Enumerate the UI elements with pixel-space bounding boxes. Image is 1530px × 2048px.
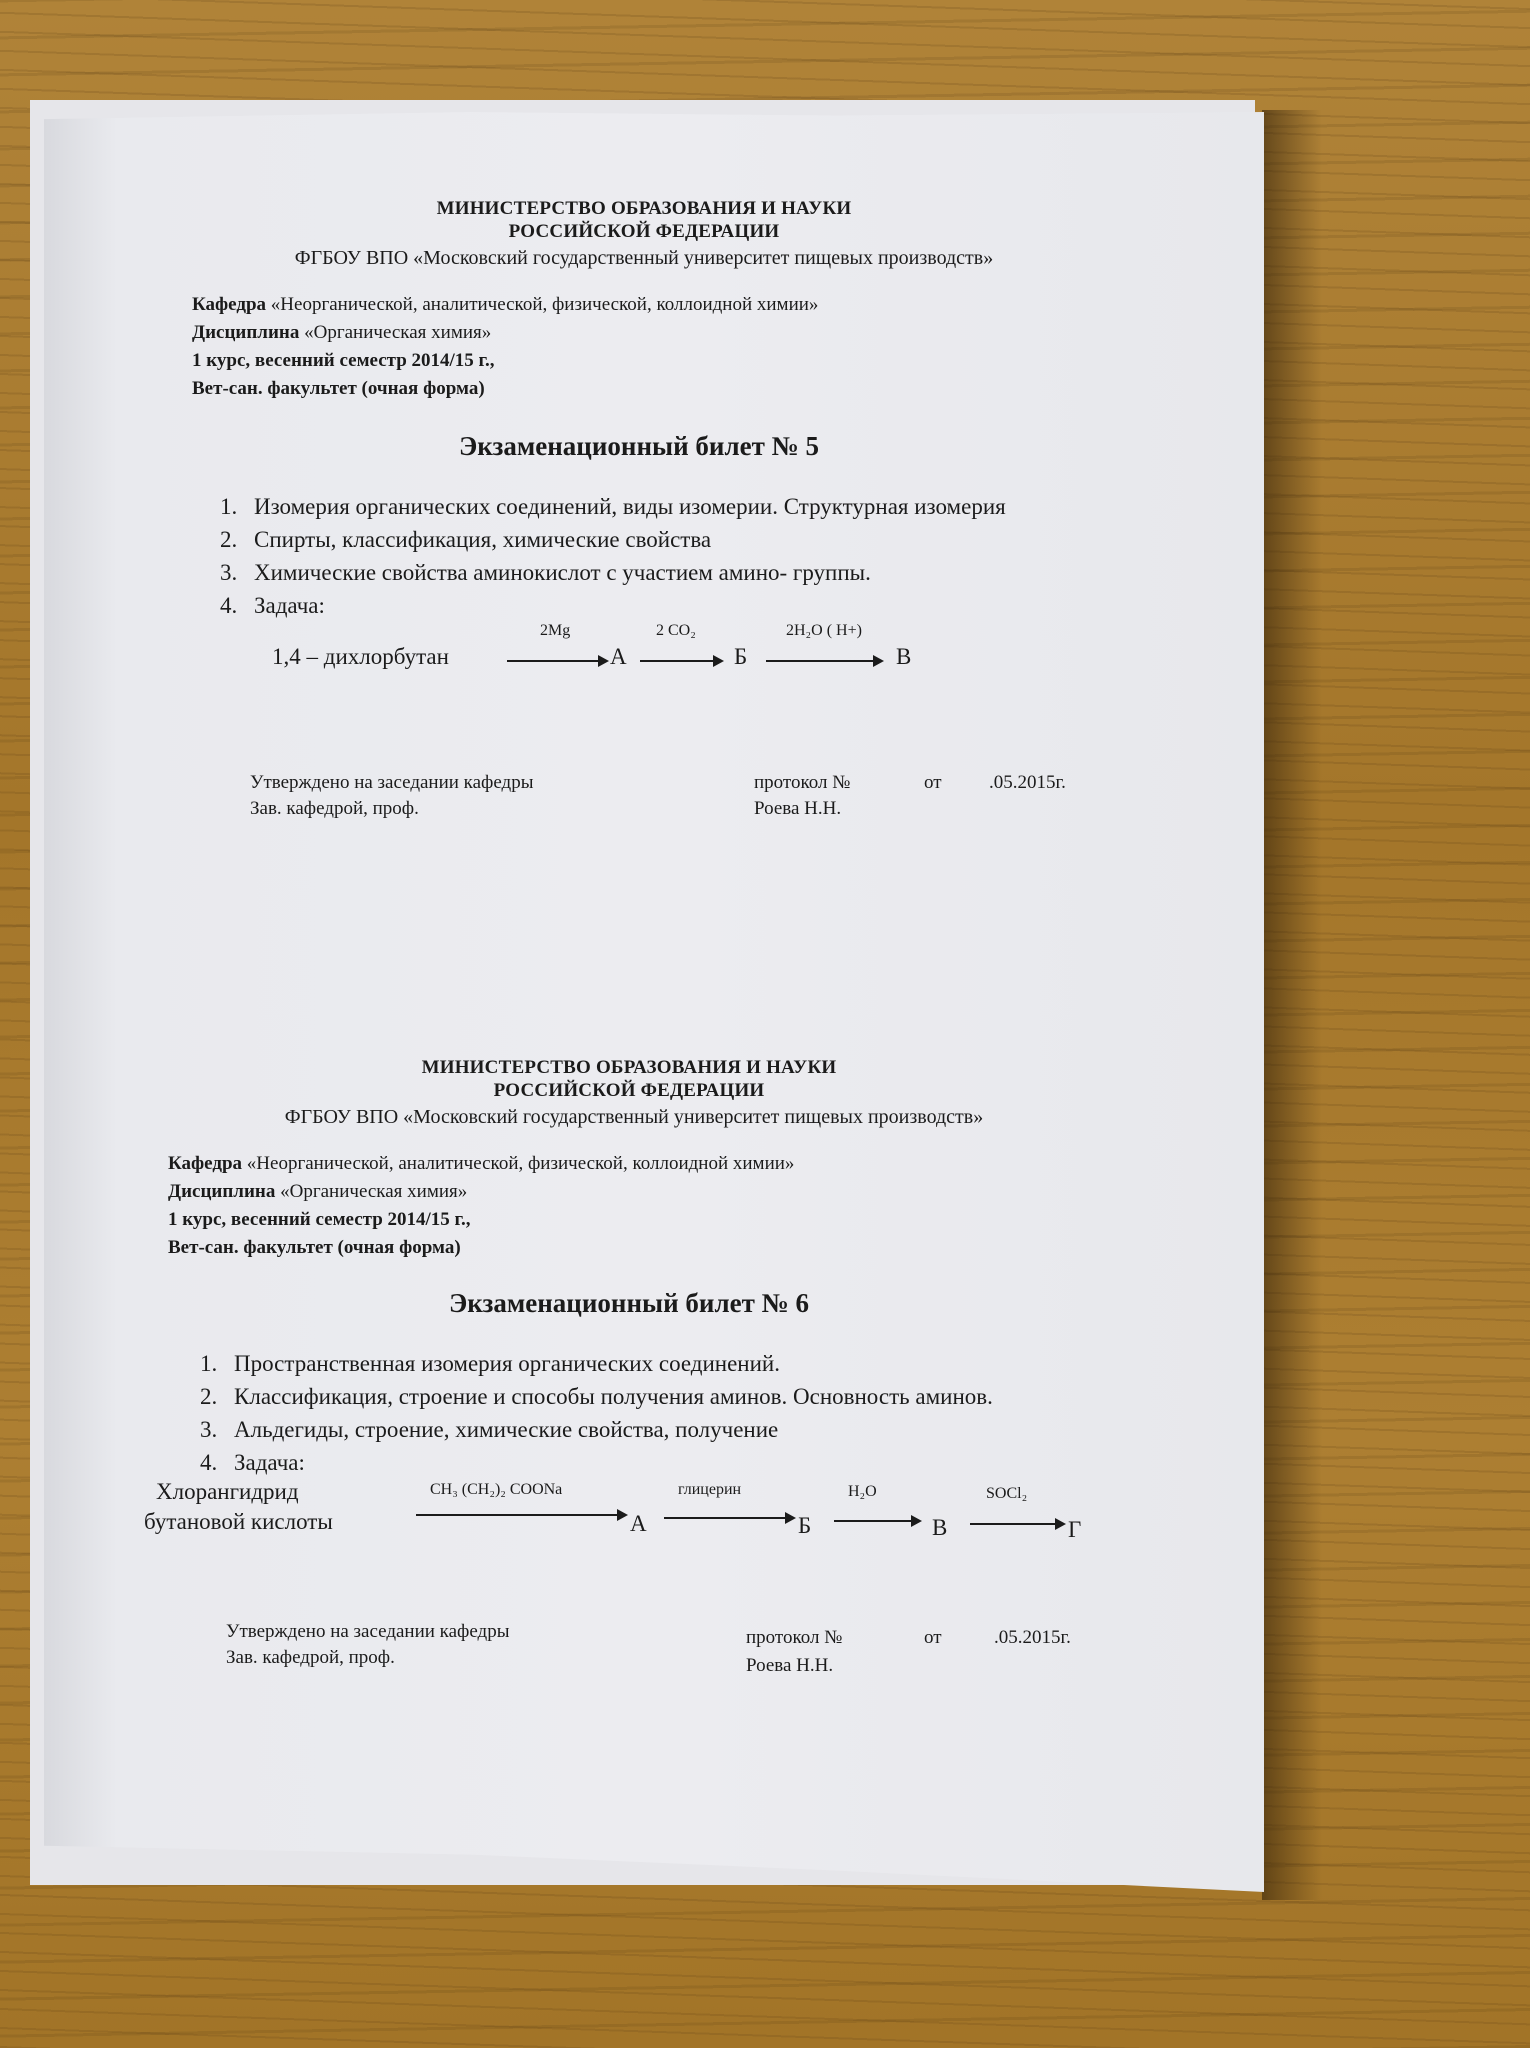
question-list: 1.Пространственная изомерия органических… xyxy=(44,1347,1120,1479)
scheme-product: Г xyxy=(1068,1517,1081,1543)
protocol-label: протокол № xyxy=(746,1625,842,1650)
question-item: 4.Задача: xyxy=(220,589,1120,622)
reaction-arrow-icon xyxy=(970,1523,1064,1525)
university-name: ФГБОУ ВПО «Московский государственный ун… xyxy=(24,245,1264,271)
ticket-title: Экзаменационный билет № 5 xyxy=(14,431,1264,462)
department-value: «Неорганической, аналитической, физическ… xyxy=(247,1153,795,1174)
question-list: 1.Изомерия органических соединений, виды… xyxy=(44,490,1120,622)
question-number: 4. xyxy=(220,589,237,622)
question-item: 3.Химические свойства аминокислот с учас… xyxy=(220,556,1120,589)
university-name: ФГБОУ ВПО «Московский государственный ун… xyxy=(4,1104,1264,1130)
protocol-label: протокол № xyxy=(754,770,850,795)
scheme-start-compound-line-1: Хлорангидрид xyxy=(156,1479,299,1505)
faculty-line: Вет-сан. факультет (очная форма) xyxy=(192,378,485,399)
question-number: 1. xyxy=(200,1347,217,1380)
question-text: Изомерия органических соединений, виды и… xyxy=(254,494,1006,519)
discipline-line: Дисциплина «Органическая химия» xyxy=(168,1178,1264,1206)
ticket-title: Экзаменационный билет № 6 xyxy=(0,1288,1264,1319)
paper-shadow xyxy=(1262,110,1322,1900)
from-label: от xyxy=(924,1625,942,1650)
head-title: Зав. кафедрой, проф. xyxy=(226,1645,395,1670)
question-number: 1. xyxy=(220,490,237,523)
ministry-line-2: РОССИЙСКОЙ ФЕДЕРАЦИИ xyxy=(24,220,1264,243)
ministry-line-1: МИНИСТЕРСТВО ОБРАЗОВАНИЯ И НАУКИ xyxy=(24,197,1264,220)
approved-text: Утверждено на заседании кафедры xyxy=(226,1619,510,1644)
head-name: Роева Н.Н. xyxy=(754,796,841,821)
scheme-product: Б xyxy=(734,644,747,670)
exam-ticket-6: МИНИСТЕРСТВО ОБРАЗОВАНИЯ И НАУКИ РОССИЙС… xyxy=(44,1056,1264,1699)
department-line: Кафедра «Неорганической, аналитической, … xyxy=(168,1150,1264,1178)
ministry-line-2: РОССИЙСКОЙ ФЕДЕРАЦИИ xyxy=(0,1079,1264,1102)
question-text: Задача: xyxy=(234,1450,305,1475)
question-item: 2.Классификация, строение и способы полу… xyxy=(200,1380,1120,1413)
question-text: Альдегиды, строение, химические свойства… xyxy=(234,1417,778,1442)
question-number: 3. xyxy=(200,1413,217,1446)
department-line: Кафедра «Неорганической, аналитической, … xyxy=(192,291,1264,319)
question-text: Спирты, классификация, химические свойст… xyxy=(254,527,711,552)
reaction-arrow-icon xyxy=(834,1520,920,1522)
scheme-product: В xyxy=(932,1515,947,1541)
discipline-line: Дисциплина «Органическая химия» xyxy=(192,319,1264,347)
question-text: Задача: xyxy=(254,593,325,618)
question-item: 4.Задача: xyxy=(200,1446,1120,1479)
reagent-label: H₂O xyxy=(848,1483,877,1501)
ministry-header: МИНИСТЕРСТВО ОБРАЗОВАНИЯ И НАУКИ РОССИЙС… xyxy=(0,1056,1264,1102)
ministry-line-1: МИНИСТЕРСТВО ОБРАЗОВАНИЯ И НАУКИ xyxy=(0,1056,1264,1079)
question-text: Химические свойства аминокислот с участи… xyxy=(254,560,871,585)
approval-footer: Утверждено на заседании кафедры Зав. каф… xyxy=(44,1619,1264,1699)
scheme-product: В xyxy=(896,644,911,670)
scheme-product: А xyxy=(630,1511,647,1537)
reagent-label: 2Mg xyxy=(540,622,570,640)
discipline-label: Дисциплина xyxy=(192,322,299,343)
reaction-arrow-icon xyxy=(766,660,882,662)
department-value: «Неорганической, аналитической, физическ… xyxy=(271,294,819,315)
reaction-scheme: 1,4 – дихлорбутан 2Mg А 2 CO₂ Б 2H₂O ( H… xyxy=(44,622,1264,692)
discipline-label: Дисциплина xyxy=(168,1181,275,1202)
reagent-label: SOCl₂ xyxy=(986,1485,1027,1503)
protocol-date: .05.2015г. xyxy=(989,770,1066,795)
reagent-label: 2 CO₂ xyxy=(656,622,696,640)
scheme-product: Б xyxy=(798,1513,811,1539)
question-text: Классификация, строение и способы получе… xyxy=(234,1384,993,1409)
exam-ticket-5: МИНИСТЕРСТВО ОБРАЗОВАНИЯ И НАУКИ РОССИЙС… xyxy=(44,197,1264,850)
question-item: 1.Пространственная изомерия органических… xyxy=(200,1347,1120,1380)
reagent-label: CH₃ (CH₂)₂ COONa xyxy=(430,1481,562,1499)
question-item: 2.Спирты, классификация, химические свой… xyxy=(220,523,1120,556)
course-line: 1 курс, весенний семестр 2014/15 г., xyxy=(192,350,495,371)
department-label: Кафедра xyxy=(168,1153,242,1174)
reaction-scheme: Хлорангидрид бутановой кислоты CH₃ (CH₂)… xyxy=(44,1479,1264,1559)
scheme-start-compound: 1,4 – дихлорбутан xyxy=(272,644,449,670)
approval-footer: Утверждено на заседании кафедры Зав. каф… xyxy=(44,770,1264,850)
question-number: 3. xyxy=(220,556,237,589)
faculty-line: Вет-сан. факультет (очная форма) xyxy=(168,1237,461,1258)
reaction-arrow-icon xyxy=(507,660,607,662)
from-label: от xyxy=(924,770,942,795)
ticket-meta: Кафедра «Неорганической, аналитической, … xyxy=(44,291,1264,403)
head-name: Роева Н.Н. xyxy=(746,1653,833,1678)
reaction-arrow-icon xyxy=(664,1517,794,1519)
protocol-date: .05.2015г. xyxy=(994,1625,1071,1650)
exam-sheet: МИНИСТЕРСТВО ОБРАЗОВАНИЯ И НАУКИ РОССИЙС… xyxy=(44,112,1264,1892)
scheme-start-compound-line-2: бутановой кислоты xyxy=(144,1509,333,1535)
reaction-arrow-icon xyxy=(416,1514,626,1516)
scheme-product: А xyxy=(610,644,627,670)
discipline-value: «Органическая химия» xyxy=(280,1181,467,1202)
course-line: 1 курс, весенний семестр 2014/15 г., xyxy=(168,1209,471,1230)
reagent-label: 2H₂O ( H+) xyxy=(786,622,862,640)
reaction-arrow-icon xyxy=(640,660,722,662)
approved-text: Утверждено на заседании кафедры xyxy=(250,770,534,795)
question-number: 2. xyxy=(200,1380,217,1413)
question-number: 4. xyxy=(200,1446,217,1479)
question-item: 3.Альдегиды, строение, химические свойст… xyxy=(200,1413,1120,1446)
question-text: Пространственная изомерия органических с… xyxy=(234,1351,780,1376)
ticket-meta: Кафедра «Неорганической, аналитической, … xyxy=(44,1150,1264,1262)
question-number: 2. xyxy=(220,523,237,556)
department-label: Кафедра xyxy=(192,294,266,315)
discipline-value: «Органическая химия» xyxy=(304,322,491,343)
question-item: 1.Изомерия органических соединений, виды… xyxy=(220,490,1120,523)
reagent-label: глицерин xyxy=(678,1481,741,1499)
ministry-header: МИНИСТЕРСТВО ОБРАЗОВАНИЯ И НАУКИ РОССИЙС… xyxy=(24,197,1264,243)
head-title: Зав. кафедрой, проф. xyxy=(250,796,419,821)
